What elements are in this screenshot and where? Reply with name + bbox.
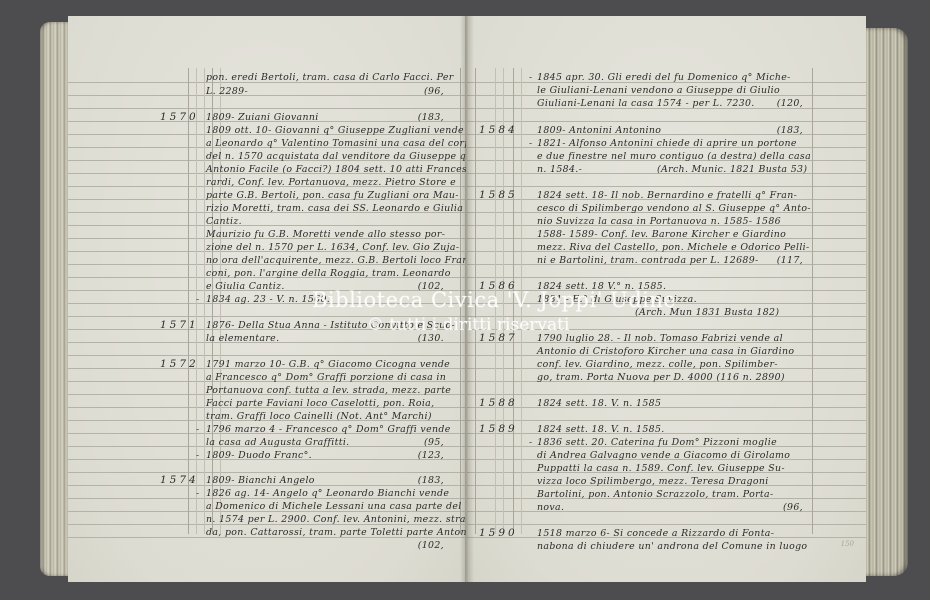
entry-number: 1572 xyxy=(160,358,199,371)
entry-line: a Francesco q° Dom° Graffi porzione di c… xyxy=(206,371,446,384)
entry-ref: (96, xyxy=(763,501,803,514)
column-rule xyxy=(812,68,813,534)
entry-number: 1570 xyxy=(160,111,199,124)
image-viewer: pon. eredi Bertoli, tram. casa di Carlo … xyxy=(0,0,930,600)
watermark-copyright: © tutti i diritti riservati xyxy=(367,315,569,335)
page-number: 150 xyxy=(841,540,854,548)
entry-line: 1809- Duodo Franc°. xyxy=(206,449,312,462)
entry-line: Cantiz. xyxy=(206,215,242,228)
entry-line: Facci parte Faviani loco Caselotti, pon.… xyxy=(206,397,434,410)
entry-line: rizio Moretti, tram. casa dei SS. Leonar… xyxy=(206,202,463,215)
entry-line: tram. Graffi loco Cainelli (Not. Ant° Ma… xyxy=(206,410,432,423)
entry-line: nova. xyxy=(537,501,564,514)
entry-dash: - xyxy=(196,449,200,462)
entry-line: del n. 1570 acquistata dal venditore da … xyxy=(206,150,471,163)
entry-line: rardi, Conf. lev. Portanuova, mezz. Piet… xyxy=(206,176,456,189)
entry-number: 1585 xyxy=(479,189,518,202)
entry-line: le Giuliani-Lenani vendono a Giuseppe di… xyxy=(537,84,780,97)
entry-ref: (183, xyxy=(763,124,803,137)
book-page-edges-right xyxy=(864,28,908,576)
entry-line: conf. lev. Giardino, mezz. colle, pon. S… xyxy=(537,358,778,371)
entry-ref: (183, xyxy=(408,474,444,487)
watermark-library-name: Biblioteca Civica 'V. Joppi' Udine xyxy=(312,288,676,312)
entry-number: 1571 xyxy=(160,319,199,332)
entry-line: vizza loco Spilimbergo, mezz. Teresa Dra… xyxy=(537,475,769,488)
entry-line: a Leonardo q° Valentino Tomasini una cas… xyxy=(206,137,477,150)
entry-line: 1588- 1589- Conf. lev. Barone Kircher e … xyxy=(537,228,786,241)
entry-line: 1790 luglio 28. - Il nob. Tomaso Fabrizi… xyxy=(537,332,783,345)
entry-ref: (183, xyxy=(408,111,444,124)
entry-line: 1809- Zuiani Giovanni xyxy=(206,111,319,124)
entry-ref: (96, xyxy=(408,85,444,98)
entry-line: mezz. Riva del Castello, pon. Michele e … xyxy=(537,241,810,254)
entry-line: la elementare. xyxy=(206,332,279,345)
entry-line: coni, pon. l'argine della Roggia, tram. … xyxy=(206,267,451,280)
entry-line: n. 1574 per L. 2900. Conf. lev. Antonini… xyxy=(206,513,469,526)
entry-line: Antonio Facile (o Facci?) 1804 sett. 10 … xyxy=(206,163,497,176)
entry-line: Portanuova conf. tutta a lev. strada, me… xyxy=(206,384,451,397)
entry-line: zione del n. 1570 per L. 1634, Conf. lev… xyxy=(206,241,459,254)
entry-dash: - xyxy=(196,423,200,436)
entry-line: pon. eredi Bertoli, tram. casa di Carlo … xyxy=(206,71,454,84)
entry-line: la casa ad Augusta Graffitti. xyxy=(206,436,350,449)
entry-ref: (120, xyxy=(763,97,803,110)
book-page-edges-left xyxy=(40,22,70,576)
entry-ref: (117, xyxy=(763,254,803,267)
entry-line: 1836 sett. 20. Caterina fu Dom° Pizzoni … xyxy=(537,436,777,449)
entry-line: 1845 apr. 30. Gli eredi del fu Domenico … xyxy=(537,71,791,84)
entry-line: Puppatti la casa n. 1589. Conf. lev. Giu… xyxy=(537,462,785,475)
entry-ref: (95, xyxy=(408,436,444,449)
entry-dash: - xyxy=(196,293,200,306)
entry-dash: - xyxy=(529,71,533,84)
entry-line: n. 1584.- xyxy=(537,163,582,176)
entry-line: 1824 sett. 18. V. n. 1585. xyxy=(537,423,665,436)
entry-line: 1518 marzo 6- Si concede a Rizzardo di F… xyxy=(537,527,774,540)
entry-line: Bartolini, pon. Antonio Scrazzolo, tram.… xyxy=(537,488,773,501)
entry-line: a Domenico di Michele Lessani una casa p… xyxy=(206,500,462,513)
entry-line: 1809- Antonini Antonino xyxy=(537,124,661,137)
entry-line: di Andrea Galvagno vende a Giacomo di Gi… xyxy=(537,449,790,462)
entry-line: da, pon. Cattarossi, tram. parte Toletti… xyxy=(206,526,480,539)
entry-dash: - xyxy=(529,137,533,150)
entry-line: ni e Bartolini, tram. contrada per L. 12… xyxy=(537,254,759,267)
entry-number: 1588 xyxy=(479,397,518,410)
entry-line: Giuliani-Lenani la casa 1574 - per L. 72… xyxy=(537,97,755,110)
entry-line: 1824 sett. 18. V. n. 1585 xyxy=(537,397,661,410)
entry-line: Maurizio fu G.B. Moretti vende allo stes… xyxy=(206,228,445,241)
entry-dash: - xyxy=(196,487,200,500)
entry-line: L. 2289- xyxy=(206,85,248,98)
entry-line: 1826 ag. 14- Angelo q° Leonardo Bianchi … xyxy=(206,487,449,500)
column-rule xyxy=(188,68,189,534)
entry-line: 1821- Alfonso Antonini chiede di aprire … xyxy=(537,137,797,150)
entry-line: 1791 marzo 10- G.B. q° Giacomo Cicogna v… xyxy=(206,358,450,371)
entry-line: Antonio di Cristoforo Kircher una casa i… xyxy=(537,345,794,358)
column-rule xyxy=(204,68,205,534)
entry-line: parte G.B. Bertoli, pon. casa fu Zuglian… xyxy=(206,189,459,202)
entry-line: 1809- Bianchi Angelo xyxy=(206,474,315,487)
entry-ref: (123, xyxy=(408,449,444,462)
entry-line: nabona di chiudere un' androna del Comun… xyxy=(537,540,807,553)
entry-number: 1589 xyxy=(479,423,518,436)
entry-line: 1809 ott. 10- Giovanni q° Giuseppe Zugli… xyxy=(206,124,464,137)
entry-number: 1574 xyxy=(160,474,199,487)
entry-ref: (102, xyxy=(408,539,444,552)
entry-line: go, tram. Porta Nuova per D. 4000 (116 n… xyxy=(537,371,785,384)
entry-dash: - xyxy=(529,436,533,449)
entry-line: e Giulia Cantiz. xyxy=(206,280,285,293)
entry-ref: (Arch. Munic. 1821 Busta 53) xyxy=(657,163,803,176)
entry-line: 1824 sett. 18- Il nob. Bernardino e frat… xyxy=(537,189,797,202)
entry-number: 1584 xyxy=(479,124,518,137)
entry-line: 1796 marzo 4 - Francesco q° Dom° Graffi … xyxy=(206,423,451,436)
entry-line: nio Suvizza la casa in Portanuova n. 158… xyxy=(537,215,781,228)
entry-line: no ora dell'acquirente, mezz. G.B. Berto… xyxy=(206,254,472,267)
entry-number: 1590 xyxy=(479,527,518,540)
entry-line: e due finestre nel muro contiguo (a dest… xyxy=(537,150,811,163)
entry-line: cesco di Spilimbergo vendono al S. Giuse… xyxy=(537,202,811,215)
